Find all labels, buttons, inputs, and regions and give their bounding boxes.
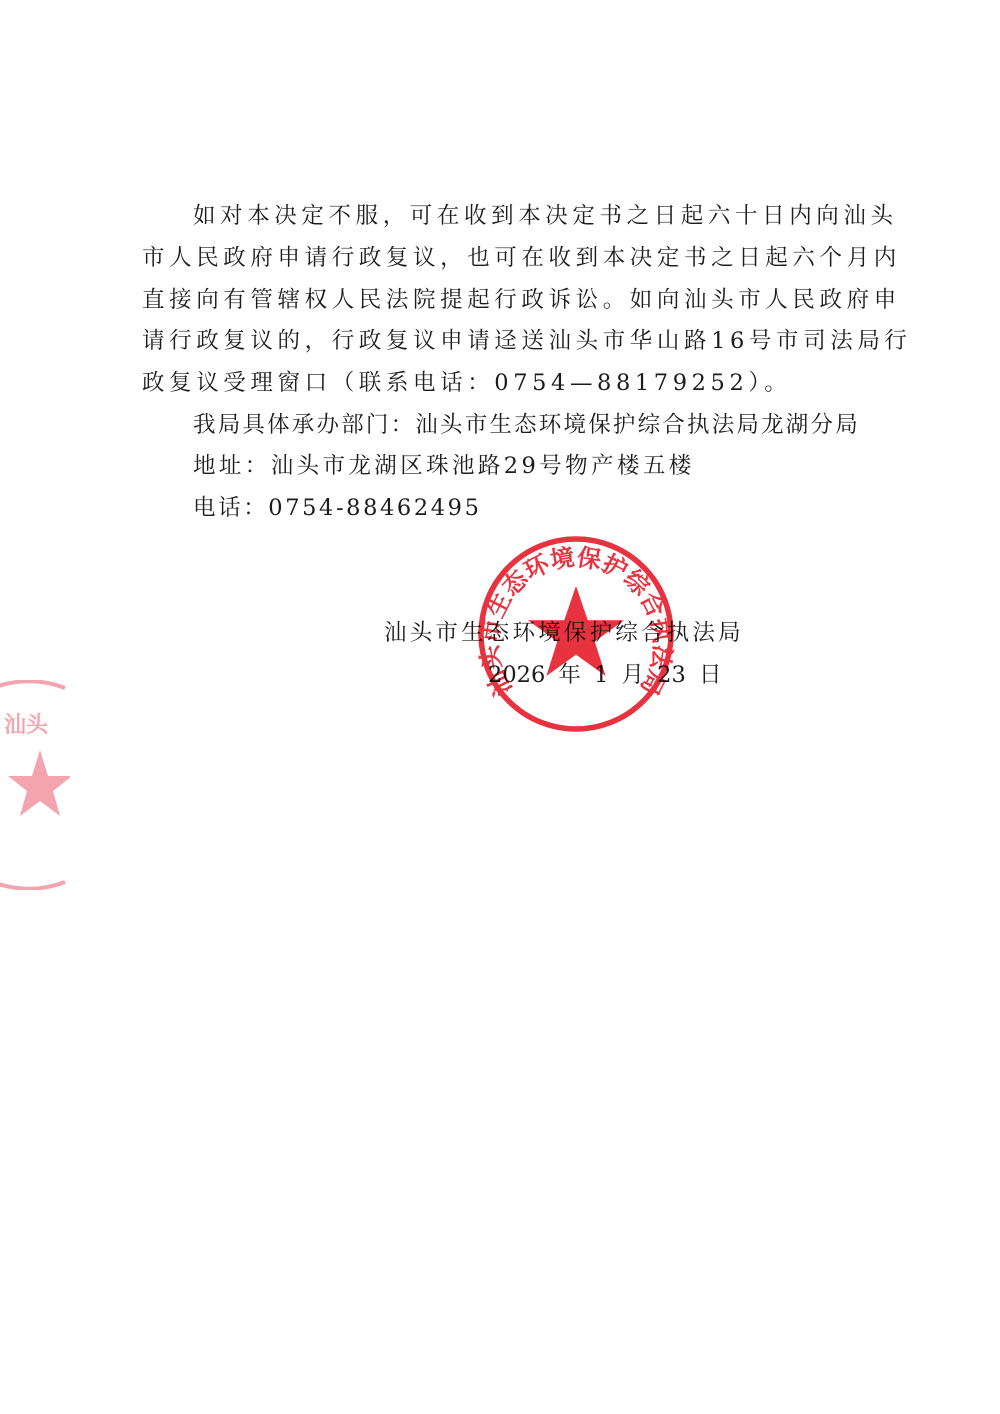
star-icon: [8, 750, 70, 816]
address-line: 地址：汕头市龙湖区珠池路29号物产楼五楼: [193, 451, 695, 481]
paragraph-line-3: 直接向有管辖权人民法院提起行政诉讼。如向汕头市人民政府申: [142, 285, 901, 315]
document-page: 如对本决定不服，可在收到本决定书之日起六十日内向汕头 市人民政府申请行政复议，也…: [0, 0, 1000, 1414]
department-line: 我局具体承办部门：汕头市生态环境保护综合执法局龙湖分局: [193, 410, 860, 440]
star-icon: [528, 586, 624, 676]
paragraph-line-1: 如对本决定不服，可在收到本决定书之日起六十日内向汕头: [193, 201, 898, 231]
paragraph-line-2: 市人民政府申请行政复议，也可在收到本决定书之日起六个月内: [142, 243, 901, 273]
paragraph-line-5: 政复议受理窗口（联系电话：0754—88179252）。: [142, 368, 791, 398]
seam-seal-partial: 汕头: [0, 680, 70, 890]
official-seal: 汕头市生态环境保护综合执法局: [476, 534, 676, 734]
seam-seal-text: 汕头: [4, 712, 49, 738]
paragraph-line-4: 请行政复议的，行政复议申请迳送汕头市华山路16号市司法局行: [142, 326, 912, 356]
phone-line: 电话：0754-88462495: [193, 493, 482, 523]
